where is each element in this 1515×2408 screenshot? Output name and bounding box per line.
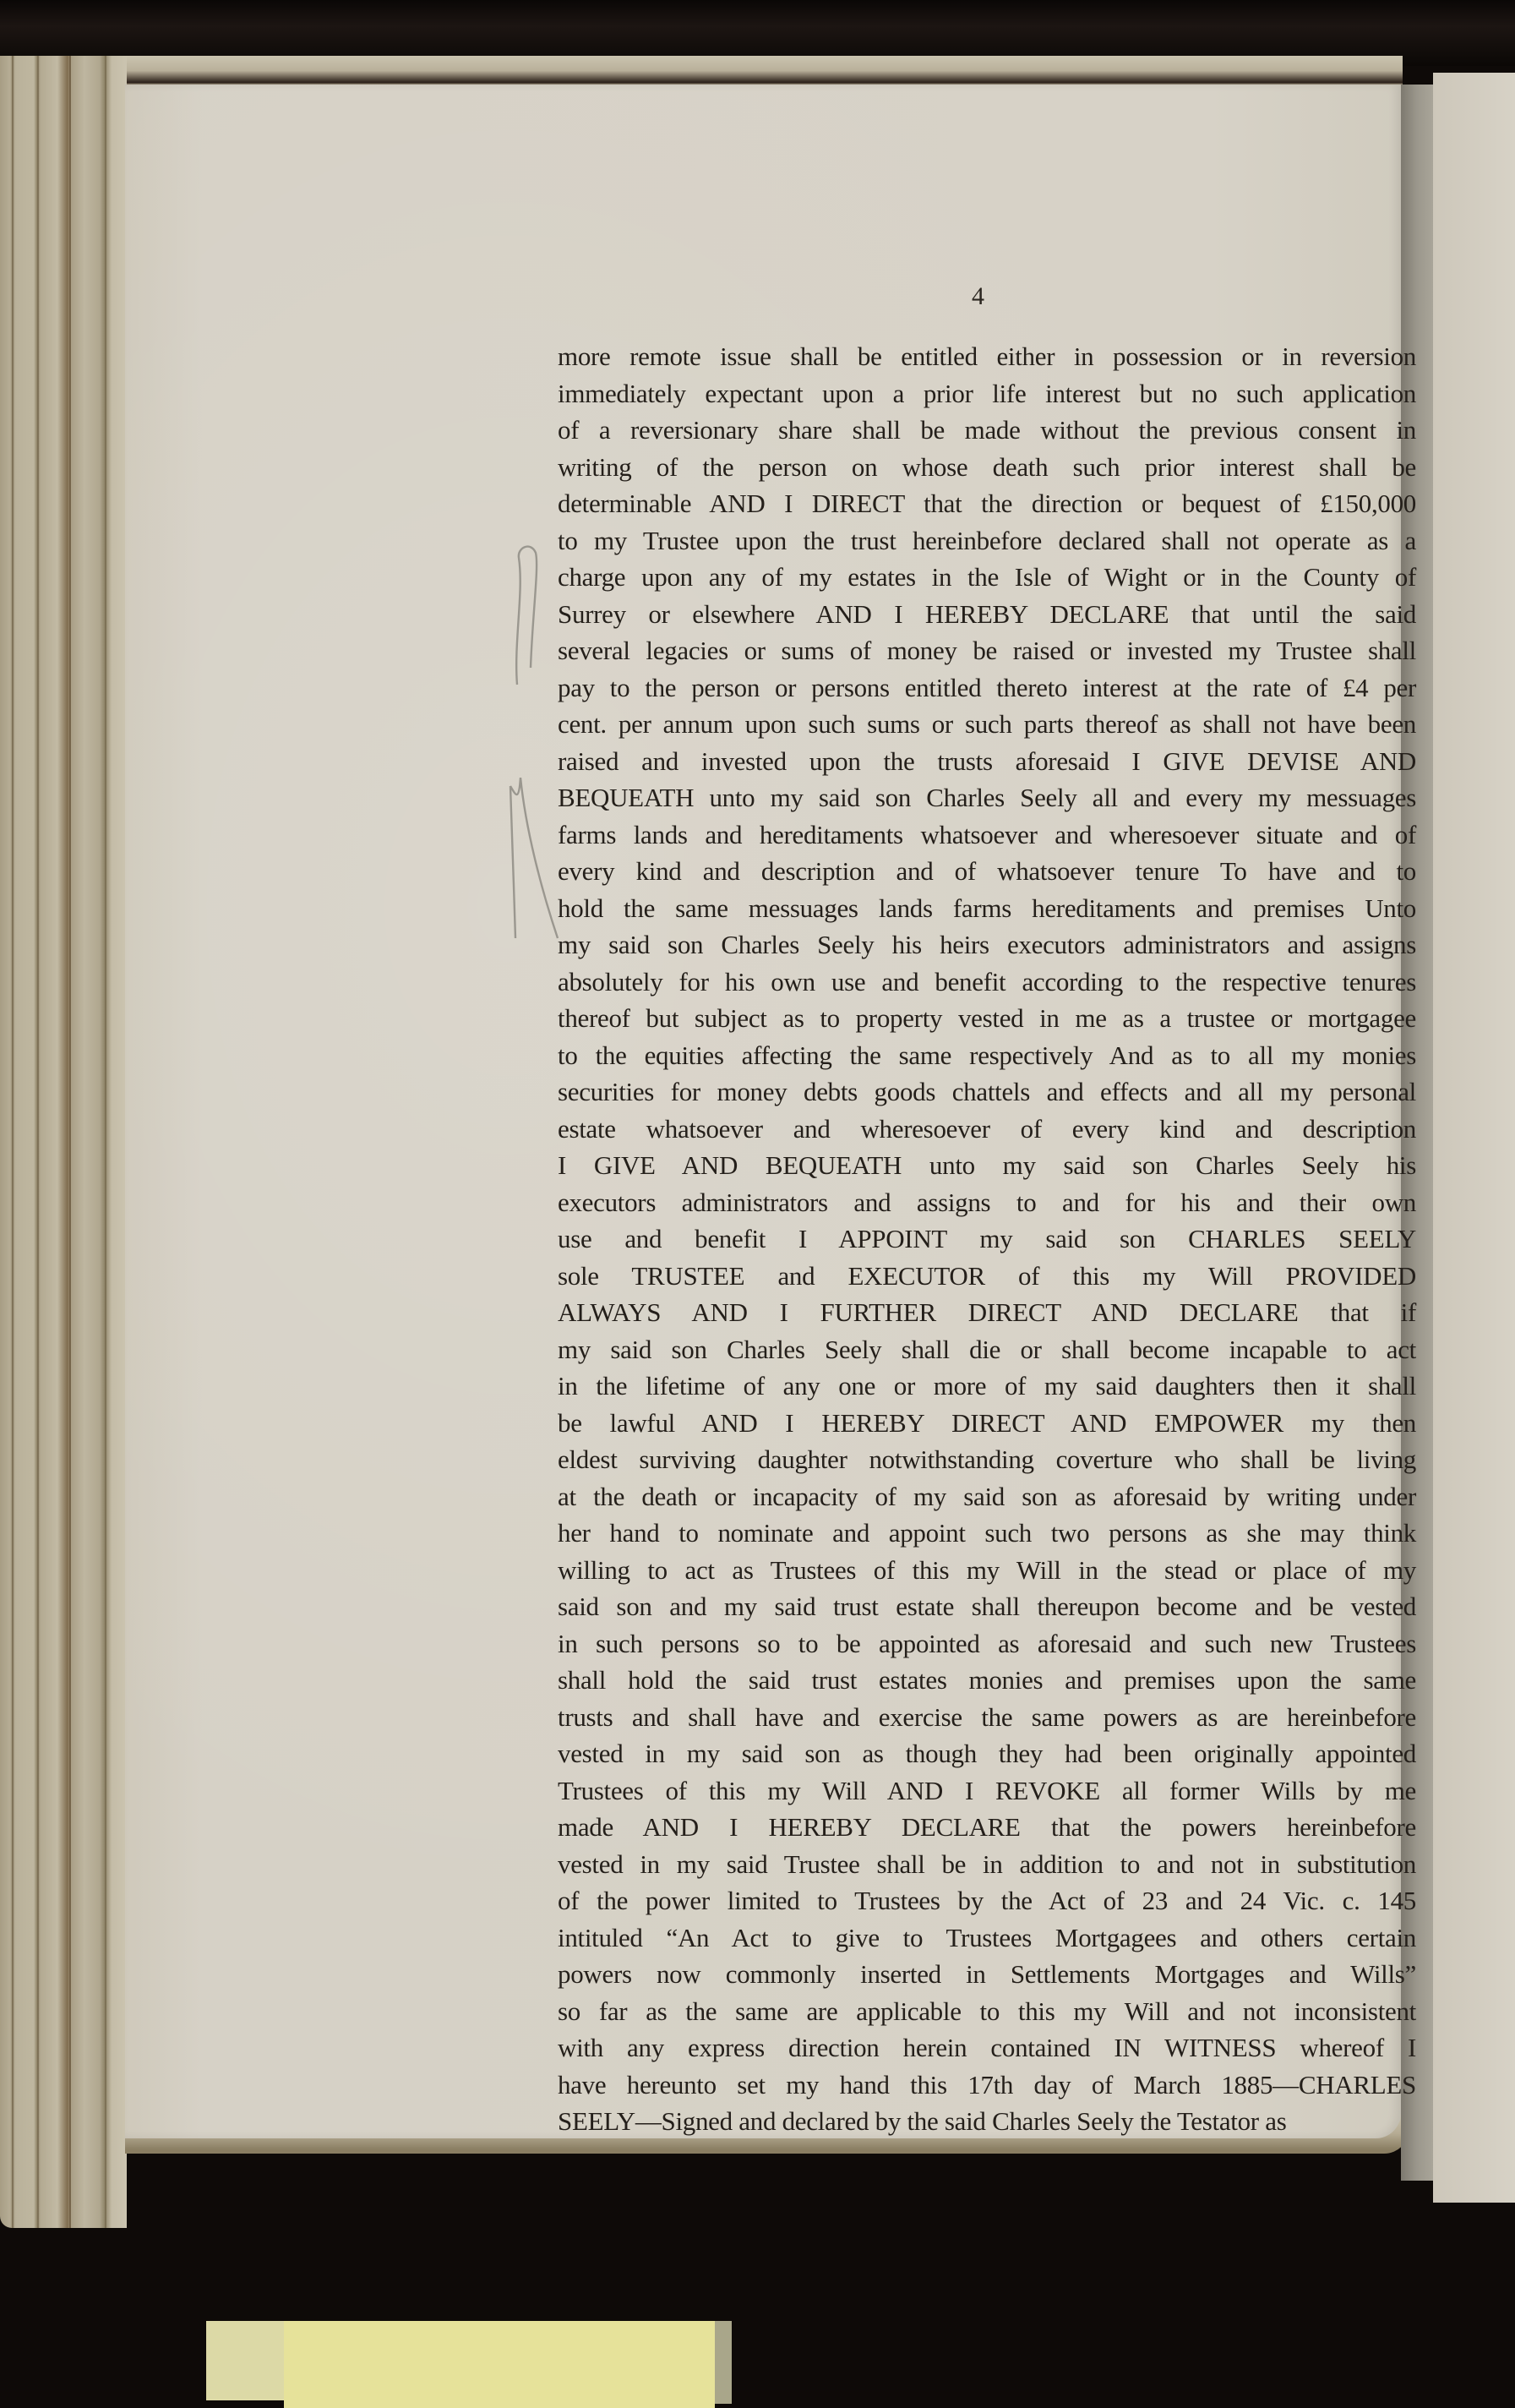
page-number: 4: [972, 282, 984, 311]
text-line: determinable AND I DIRECT that the direc…: [558, 485, 1416, 522]
text-line: securities for money debts goods chattel…: [558, 1073, 1416, 1111]
text-line: be lawful AND I HEREBY DIRECT AND EMPOWE…: [558, 1405, 1416, 1442]
text-line: at the death or incapacity of my said so…: [558, 1478, 1416, 1515]
text-line: charge upon any of my estates in the Isl…: [558, 559, 1416, 596]
text-line: farms lands and hereditaments whatsoever…: [558, 816, 1416, 854]
text-line: have hereunto set my hand this 17th day …: [558, 2067, 1416, 2104]
pencil-margin-mark-icon: [499, 541, 549, 693]
text-line: vested in my said Trustee shall be in ad…: [558, 1846, 1416, 1883]
text-line: intituled “An Act to give to Trustees Mo…: [558, 1919, 1416, 1957]
text-line: every kind and description and of whatso…: [558, 853, 1416, 890]
text-line: estate whatsoever and wheresoever of eve…: [558, 1111, 1416, 1148]
page-crease: [12, 56, 14, 2228]
text-line: so far as the same are applicable to thi…: [558, 1993, 1416, 2030]
text-line: more remote issue shall be entitled eith…: [558, 338, 1416, 375]
will-text-body: more remote issue shall be entitled eith…: [558, 338, 1420, 2140]
stacked-page-edges: [0, 56, 127, 2228]
text-line: my said son Charles Seely his heirs exec…: [558, 926, 1416, 964]
text-line: BEQUEATH unto my said son Charles Seely …: [558, 779, 1416, 816]
text-line: to the equities affecting the same respe…: [558, 1037, 1416, 1074]
text-line: absolutely for his own use and benefit a…: [558, 964, 1416, 1001]
facing-page: [1433, 73, 1515, 2203]
text-line: use and benefit I APPOINT my said son CH…: [558, 1220, 1416, 1258]
text-line: in the lifetime of any one or more of my…: [558, 1368, 1416, 1405]
text-line: with any express direction herein contai…: [558, 2029, 1416, 2067]
paper-slip-edge: [715, 2321, 732, 2404]
text-line: powers now commonly inserted in Settleme…: [558, 1956, 1416, 1993]
text-line: of the power limited to Trustees by the …: [558, 1882, 1416, 1919]
text-line: several legacies or sums of money be rai…: [558, 632, 1416, 669]
text-line: immediately expectant upon a prior life …: [558, 375, 1416, 412]
yellow-bookmark-slip: [284, 2321, 715, 2408]
text-line: writing of the person on whose death suc…: [558, 449, 1416, 486]
text-line: pay to the person or persons entitled th…: [558, 669, 1416, 707]
text-line: her hand to nominate and appoint such tw…: [558, 1515, 1416, 1552]
page-crease: [69, 56, 71, 2228]
text-line: SEELY—Signed and declared by the said Ch…: [558, 2103, 1416, 2140]
text-line: raised and invested upon the trusts afor…: [558, 743, 1416, 780]
text-line: I GIVE AND BEQUEATH unto my said son Cha…: [558, 1147, 1416, 1184]
text-line: to my Trustee upon the trust hereinbefor…: [558, 522, 1416, 560]
text-line: my said son Charles Seely shall die or s…: [558, 1331, 1416, 1368]
text-line: ALWAYS AND I FURTHER DIRECT AND DECLARE …: [558, 1294, 1416, 1331]
text-line: vested in my said son as though they had…: [558, 1735, 1416, 1772]
page-crease: [105, 56, 106, 2228]
text-line: trusts and shall have and exercise the s…: [558, 1699, 1416, 1736]
text-line: in such persons so to be appointed as af…: [558, 1625, 1416, 1663]
text-line: of a reversionary share shall be made wi…: [558, 412, 1416, 449]
text-line: eldest surviving daughter notwithstandin…: [558, 1441, 1416, 1478]
text-line: Trustees of this my Will AND I REVOKE al…: [558, 1772, 1416, 1810]
text-line: Surrey or elsewhere AND I HEREBY DECLARE…: [558, 596, 1416, 633]
page-crease: [37, 56, 39, 2228]
text-line: shall hold the said trust estates monies…: [558, 1662, 1416, 1699]
text-line: willing to act as Trustees of this my Wi…: [558, 1552, 1416, 1589]
text-line: executors administrators and assigns to …: [558, 1184, 1416, 1221]
text-line: thereof but subject as to property veste…: [558, 1000, 1416, 1037]
text-line: hold the same messuages lands farms here…: [558, 890, 1416, 927]
text-line: made AND I HEREBY DECLARE that the power…: [558, 1809, 1416, 1846]
text-line: sole TRUSTEE and EXECUTOR of this my Wil…: [558, 1258, 1416, 1295]
paper-slip: [206, 2321, 286, 2400]
text-line: cent. per annum upon such sums or such p…: [558, 706, 1416, 743]
text-line: said son and my said trust estate shall …: [558, 1588, 1416, 1625]
